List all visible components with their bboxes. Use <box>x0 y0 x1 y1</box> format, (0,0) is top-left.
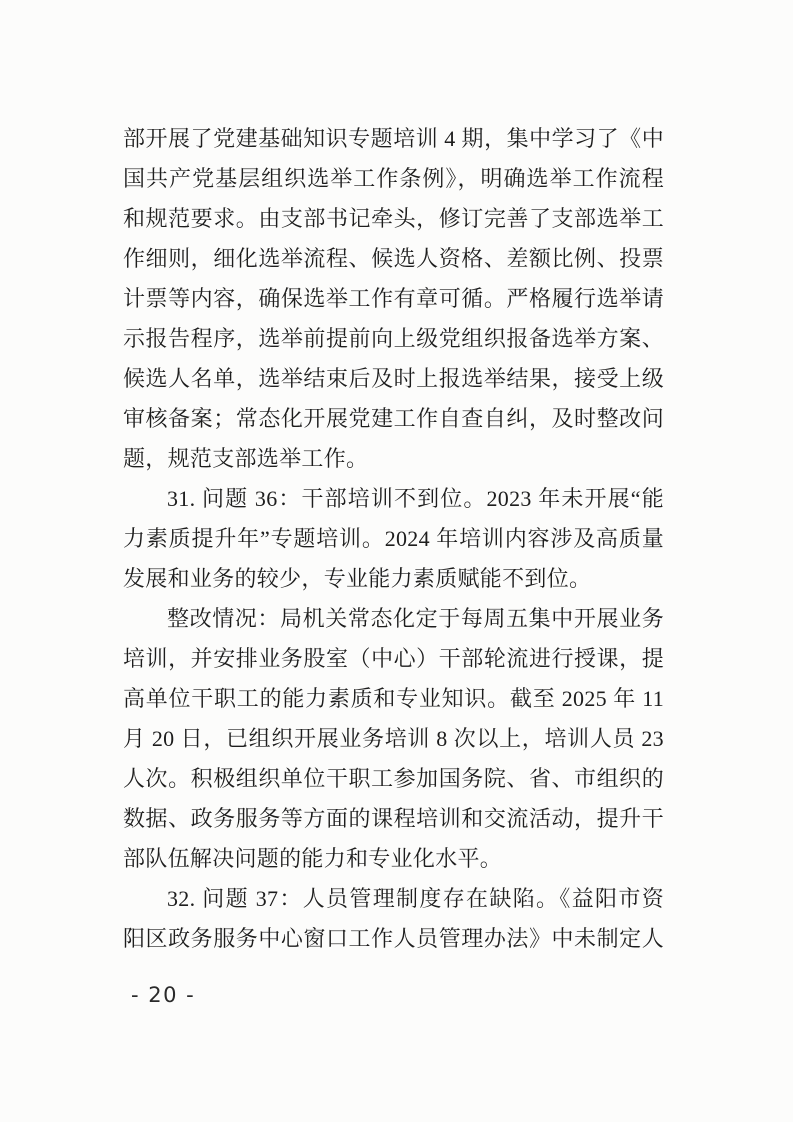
text-line: 计票等内容，确保选举工作有章可循。严格履行选举请 <box>123 279 664 319</box>
text-line: 高单位干职工的能力素质和专业知识。截至 2025 年 11 <box>123 679 664 719</box>
text-line: 培训，并安排业务股室（中心）干部轮流进行授课，提 <box>123 639 664 679</box>
text-line: 和规范要求。由支部书记牵头，修订完善了支部选举工 <box>123 199 664 239</box>
text-line: 国共产党基层组织选举工作条例》，明确选举工作流程 <box>123 159 664 199</box>
text-line: 发展和业务的较少，专业能力素质赋能不到位。 <box>123 559 664 599</box>
text-line: 31. 问题 36：干部培训不到位。2023 年未开展“能 <box>123 479 664 519</box>
text-line: 整改情况：局机关常态化定于每周五集中开展业务 <box>123 599 664 639</box>
text-line: 32. 问题 37：人员管理制度存在缺陷。《益阳市资 <box>123 879 664 919</box>
text-line: 审核备案；常态化开展党建工作自查自纠，及时整改问 <box>123 399 664 439</box>
text-line: 阳区政务服务中心窗口工作人员管理办法》中未制定人 <box>123 919 664 959</box>
paragraph: 整改情况：局机关常态化定于每周五集中开展业务培训，并安排业务股室（中心）干部轮流… <box>123 599 664 879</box>
text-line: 作细则，细化选举流程、候选人资格、差额比例、投票 <box>123 239 664 279</box>
paragraph: 31. 问题 36：干部培训不到位。2023 年未开展“能力素质提升年”专题培训… <box>123 479 664 599</box>
text-line: 部开展了党建基础知识专题培训 4 期，集中学习了《中 <box>123 119 664 159</box>
page-number: - 20 - <box>131 983 195 1007</box>
text-line: 数据、政务服务等方面的课程培训和交流活动，提升干 <box>123 799 664 839</box>
text-line: 示报告程序，选举前提前向上级党组织报备选举方案、 <box>123 319 664 359</box>
text-line: 候选人名单，选举结束后及时上报选举结果，接受上级 <box>123 359 664 399</box>
text-line: 月 20 日，已组织开展业务培训 8 次以上，培训人员 23 <box>123 719 664 759</box>
document-body: 部开展了党建基础知识专题培训 4 期，集中学习了《中国共产党基层组织选举工作条例… <box>123 119 664 959</box>
document-page: 部开展了党建基础知识专题培训 4 期，集中学习了《中国共产党基层组织选举工作条例… <box>0 0 793 1122</box>
text-line: 人次。积极组织单位干职工参加国务院、省、市组织的 <box>123 759 664 799</box>
paragraph: 32. 问题 37：人员管理制度存在缺陷。《益阳市资阳区政务服务中心窗口工作人员… <box>123 879 664 959</box>
text-line: 部队伍解决问题的能力和专业化水平。 <box>123 839 664 879</box>
paragraph: 部开展了党建基础知识专题培训 4 期，集中学习了《中国共产党基层组织选举工作条例… <box>123 119 664 479</box>
text-line: 力素质提升年”专题培训。2024 年培训内容涉及高质量 <box>123 519 664 559</box>
text-line: 题，规范支部选举工作。 <box>123 439 664 479</box>
